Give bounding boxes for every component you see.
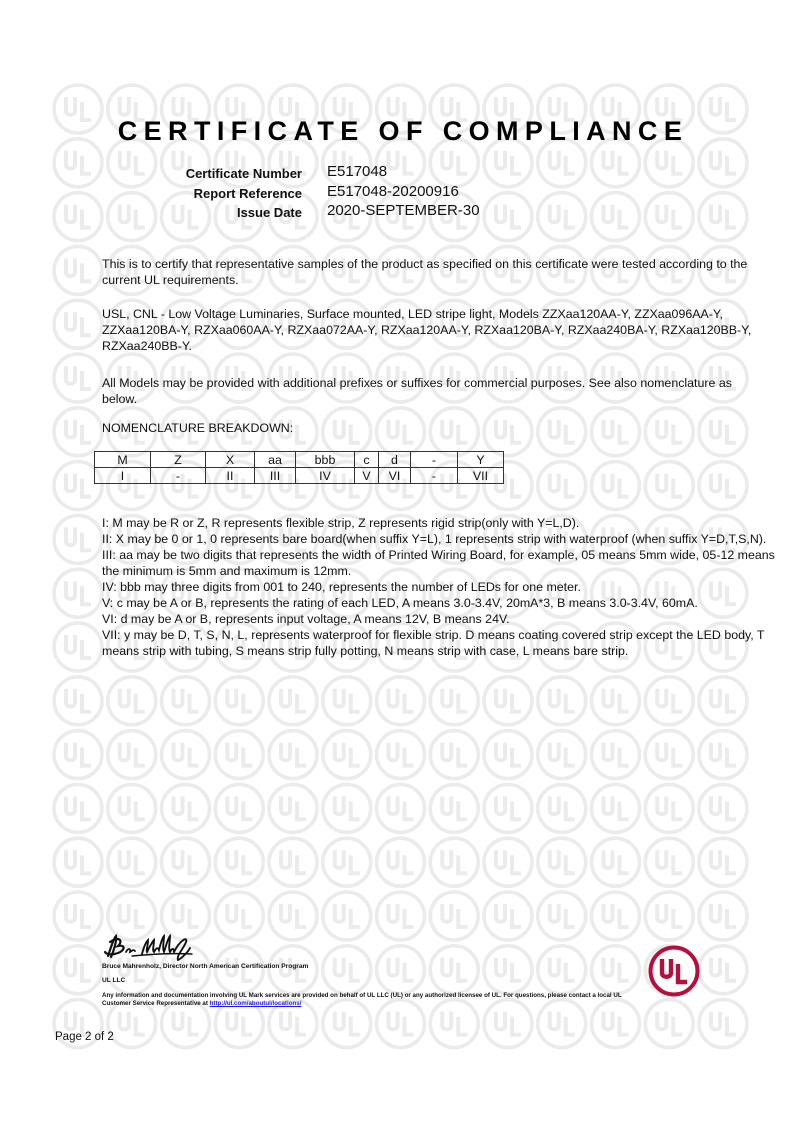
ul-logo-icon — [647, 944, 701, 998]
all-models-paragraph: All Models may be provided with addition… — [102, 375, 770, 407]
table-cell: VI — [379, 468, 411, 484]
explanation-line: IV: bbb may three digits from 001 to 240… — [102, 579, 782, 595]
signatory-name-title: Bruce Mahrenholz, Director North America… — [102, 963, 308, 970]
meta-value: E517048 — [327, 162, 387, 181]
table-cell: - — [151, 468, 206, 484]
table-cell: - — [411, 452, 458, 468]
models-paragraph: USL, CNL - Low Voltage Luminaries, Surfa… — [102, 306, 770, 354]
table-cell: d — [379, 452, 411, 468]
explanation-line: VI: d may be A or B, represents input vo… — [102, 611, 782, 627]
meta-value: 2020-SEPTEMBER-30 — [327, 201, 480, 220]
certify-paragraph: This is to certify that representative s… — [102, 256, 770, 288]
disclaimer-text: Any information and documentation involv… — [102, 992, 622, 1007]
explanation-line: VII: y may be D, T, S, N, L, represents … — [102, 627, 782, 659]
disclaimer: Any information and documentation involv… — [102, 992, 622, 1008]
table-row: I-IIIIIIVVVI-VII — [95, 468, 504, 484]
certificate-page: CERTIFICATE OF COMPLIANCE Certificate Nu… — [0, 0, 800, 1132]
table-cell: Y — [458, 452, 504, 468]
nomenclature-heading: NOMENCLATURE BREAKDOWN: — [102, 420, 770, 436]
table-cell: M — [95, 452, 151, 468]
table-cell: bbb — [296, 452, 355, 468]
table-cell: X — [206, 452, 255, 468]
page-number: Page 2 of 2 — [55, 1031, 114, 1043]
certificate-title: CERTIFICATE OF COMPLIANCE — [0, 116, 800, 147]
explanation-line: V: c may be A or B, represents the ratin… — [102, 595, 782, 611]
table-cell: I — [95, 468, 151, 484]
nomenclature-table: MZXaabbbcd-YI-IIIIIIVVVI-VII — [94, 451, 504, 484]
certificate-meta: Certificate Number E517048 Report Refere… — [0, 164, 800, 223]
table-cell: III — [255, 468, 296, 484]
table-cell: V — [355, 468, 379, 484]
table-cell: IV — [296, 468, 355, 484]
explanation-line: II: X may be 0 or 1, 0 represents bare b… — [102, 531, 782, 547]
signatory-organization: UL LLC — [102, 977, 308, 984]
table-cell: II — [206, 468, 255, 484]
meta-label: Report Reference — [194, 184, 302, 203]
meta-row-issue-date: Issue Date 2020-SEPTEMBER-30 — [0, 203, 800, 223]
table-cell: - — [411, 468, 458, 484]
locations-link[interactable]: http://ul.com/aboutul/locations/ — [210, 1000, 302, 1007]
meta-label: Issue Date — [237, 203, 302, 222]
meta-label: Certificate Number — [186, 164, 302, 183]
explanation-line: III: aa may be two digits that represent… — [102, 547, 782, 579]
table-cell: VII — [458, 468, 504, 484]
signature-icon — [102, 930, 212, 962]
nomenclature-explanations: I: M may be R or Z, R represents flexibl… — [102, 515, 782, 659]
table-row: MZXaabbbcd-Y — [95, 452, 504, 468]
explanation-line: I: M may be R or Z, R represents flexibl… — [102, 515, 782, 531]
signature-block: Bruce Mahrenholz, Director North America… — [102, 930, 308, 984]
meta-value: E517048-20200916 — [327, 182, 459, 201]
table-cell: Z — [151, 452, 206, 468]
table-cell: aa — [255, 452, 296, 468]
table-cell: c — [355, 452, 379, 468]
